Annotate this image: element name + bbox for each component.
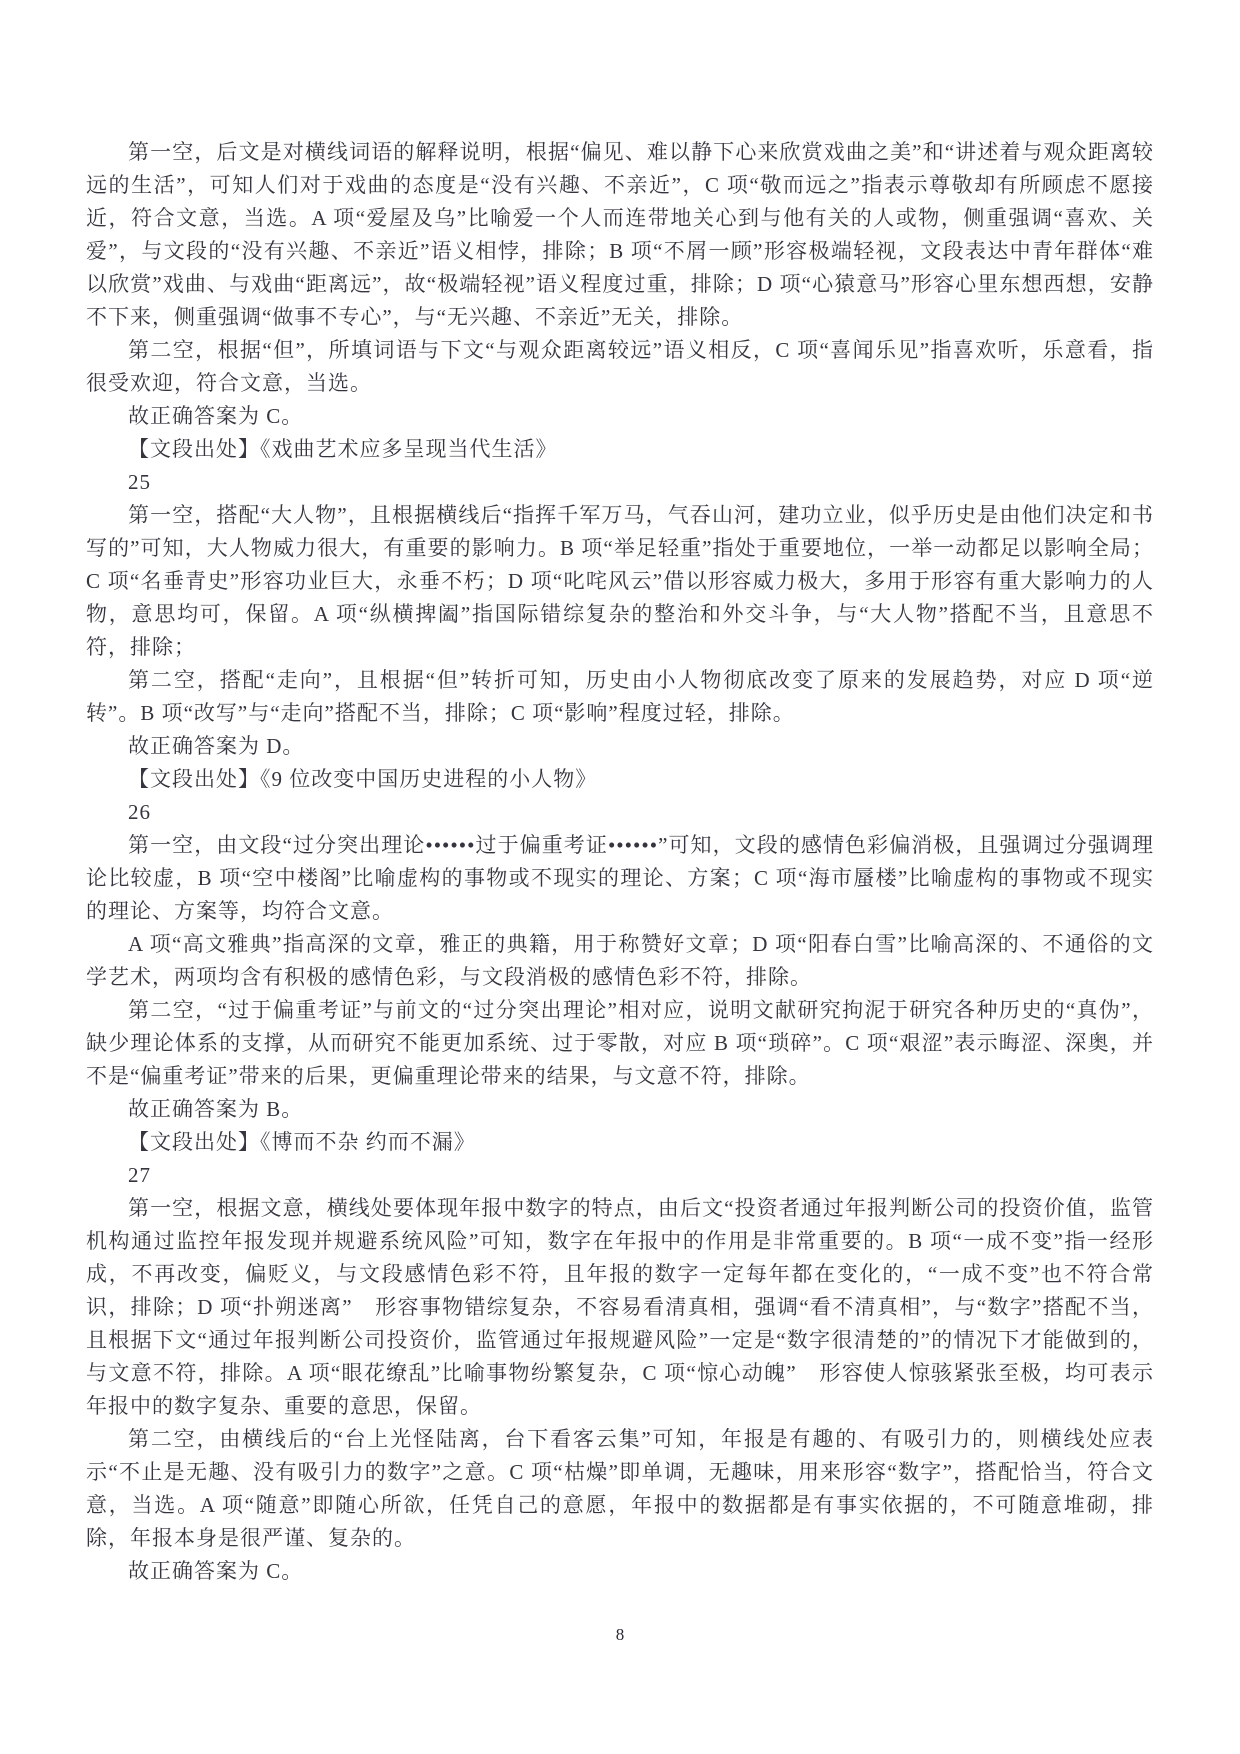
paragraph: 第二空，由横线后的“台上光怪陆离，台下看客云集”可知，年报是有趣的、有吸引力的，… (86, 1423, 1154, 1555)
paragraph: 第一空，搭配“大人物”，且根据横线后“指挥千军万马，气吞山河，建功立业，似乎历史… (86, 499, 1154, 664)
paragraph: 【文段出处】《戏曲艺术应多呈现当代生活》 (86, 433, 1154, 466)
page-number: 8 (616, 1625, 625, 1644)
paragraph: 故正确答案为 C。 (86, 400, 1154, 433)
paragraph: 25 (86, 466, 1154, 499)
paragraph: 故正确答案为 D。 (86, 730, 1154, 763)
paragraph: 【文段出处】《博而不杂 约而不漏》 (86, 1126, 1154, 1159)
page-footer: 8 (0, 1625, 1240, 1645)
paragraph: 【文段出处】《9 位改变中国历史进程的小人物》 (86, 763, 1154, 796)
document-page: 第一空，后文是对横线词语的解释说明，根据“偏见、难以静下心来欣赏戏曲之美”和“讲… (0, 0, 1240, 1754)
paragraph: 第二空，“过于偏重考证”与前文的“过分突出理论”相对应，说明文献研究拘泥于研究各… (86, 994, 1154, 1093)
paragraph: 26 (86, 796, 1154, 829)
paragraph: 故正确答案为 C。 (86, 1555, 1154, 1588)
paragraph: 第二空，搭配“走向”，且根据“但”转折可知，历史由小人物彻底改变了原来的发展趋势… (86, 664, 1154, 730)
paragraph: 第一空，由文段“过分突出理论••••••过于偏重考证••••••”可知，文段的感… (86, 829, 1154, 928)
answer-explanations: 第一空，后文是对横线词语的解释说明，根据“偏见、难以静下心来欣赏戏曲之美”和“讲… (86, 136, 1154, 1588)
paragraph: 27 (86, 1159, 1154, 1192)
paragraph: 第二空，根据“但”，所填词语与下文“与观众距离较远”语义相反，C 项“喜闻乐见”… (86, 334, 1154, 400)
paragraph: A 项“高文雅典”指高深的文章，雅正的典籍，用于称赞好文章；D 项“阳春白雪”比… (86, 928, 1154, 994)
paragraph: 第一空，根据文意，横线处要体现年报中数字的特点，由后文“投资者通过年报判断公司的… (86, 1192, 1154, 1423)
paragraph: 第一空，后文是对横线词语的解释说明，根据“偏见、难以静下心来欣赏戏曲之美”和“讲… (86, 136, 1154, 334)
paragraph: 故正确答案为 B。 (86, 1093, 1154, 1126)
